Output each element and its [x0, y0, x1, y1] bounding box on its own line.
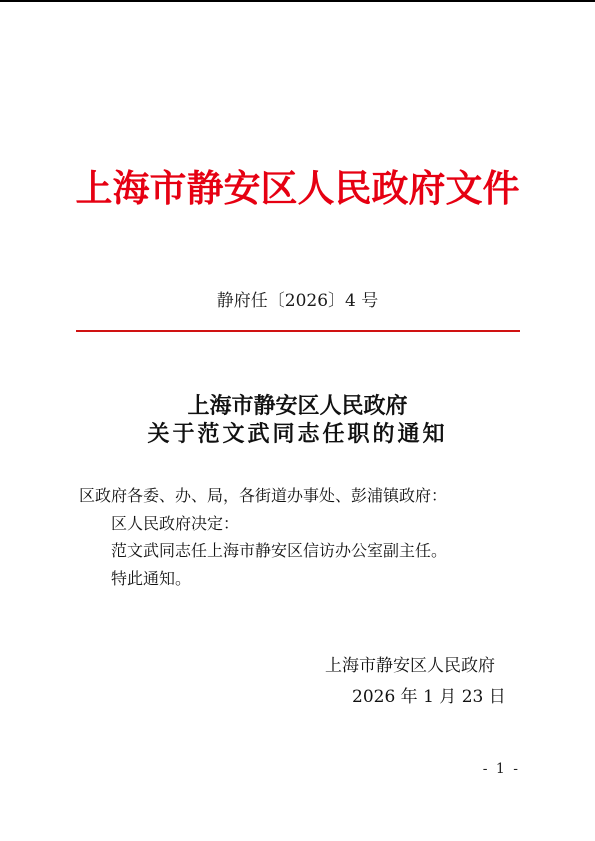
issue-date: 2026 年 1 月 23 日 — [352, 682, 506, 707]
notice-title-line2: 关于范文武同志任职的通知 — [0, 420, 595, 448]
top-edge-line — [0, 0, 595, 2]
body-paragraph: 区人民政府决定： — [79, 510, 520, 538]
body-paragraph: 特此通知。 — [79, 565, 520, 593]
salutation-line: 区政府各委、办、局，各街道办事处、彭浦镇政府： — [79, 482, 520, 510]
body-paragraph: 范文武同志任上海市静安区信访办公室副主任。 — [79, 537, 520, 565]
notice-title: 上海市静安区人民政府 关于范文武同志任职的通知 — [0, 392, 595, 448]
document-number: 静府任〔2026〕4 号 — [0, 286, 595, 311]
page-number: - 1 - — [483, 761, 520, 777]
red-divider-line — [76, 330, 520, 332]
notice-title-line1: 上海市静安区人民政府 — [0, 392, 595, 420]
red-letterhead-title: 上海市静安区人民政府文件 — [0, 166, 595, 210]
issuing-authority-signature: 上海市静安区人民政府 — [325, 651, 495, 676]
document-page: 上海市静安区人民政府文件 静府任〔2026〕4 号 上海市静安区人民政府 关于范… — [0, 0, 595, 841]
notice-body: 区政府各委、办、局，各街道办事处、彭浦镇政府： 区人民政府决定： 范文武同志任上… — [79, 482, 520, 592]
